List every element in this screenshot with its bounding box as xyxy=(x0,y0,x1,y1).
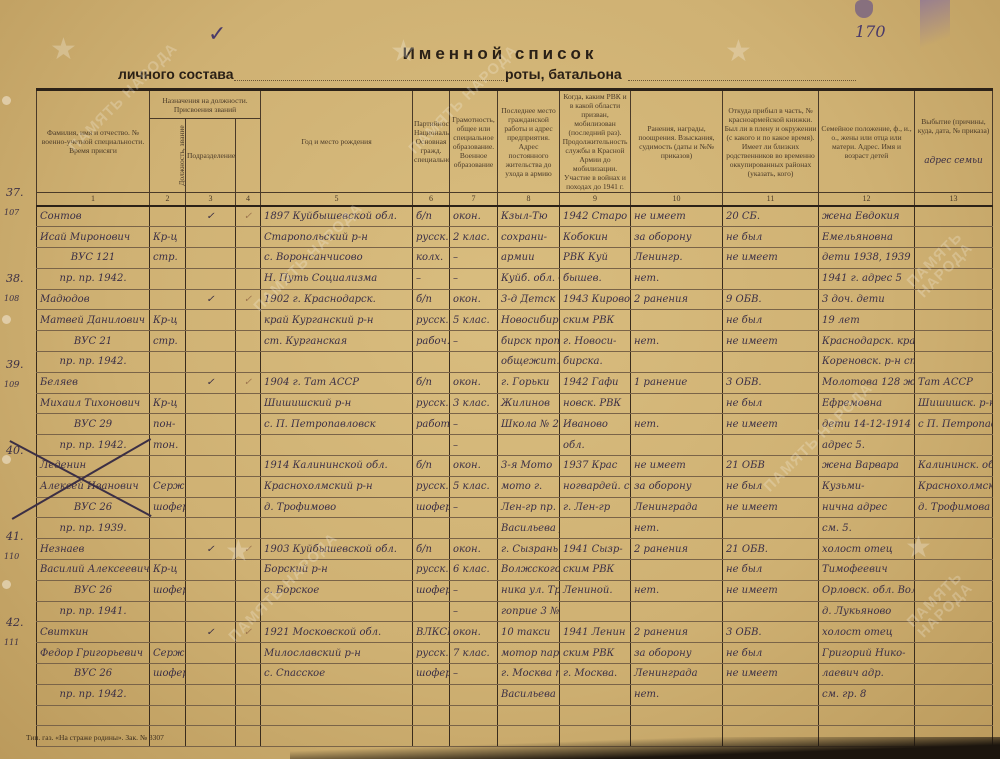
col-number: 2 xyxy=(150,193,186,207)
table-cell xyxy=(819,705,915,726)
table-row: пр. пр. 1939.Васильева ул. № 2нет.см. 5. xyxy=(37,518,993,539)
table-cell: Ленингр. xyxy=(631,248,723,269)
table-cell: с П. Петропавловск xyxy=(915,414,993,435)
table-cell: Ленинграда xyxy=(631,497,723,518)
col-header-wounds-awards: Ранения, награды, поощрения. Взыскания, … xyxy=(631,90,723,193)
table-cell: шофер xyxy=(413,664,450,685)
table-cell xyxy=(413,705,450,726)
table-cell: 1 ранение xyxy=(631,372,723,393)
table-cell xyxy=(450,352,498,373)
table-cell xyxy=(37,705,150,726)
table-cell: не имеет xyxy=(723,414,819,435)
table-cell: 3 ОБВ. xyxy=(723,622,819,643)
table-cell: дети 1938, 1939 xyxy=(819,248,915,269)
checkmark-icon: ✓ xyxy=(186,289,236,310)
table-cell xyxy=(150,518,186,539)
table-cell: жена Евдокия xyxy=(819,206,915,227)
table-cell xyxy=(560,518,631,539)
col-header-subdivision: Подразделение xyxy=(186,119,236,193)
table-cell: 1904 г. Тат АССР xyxy=(261,372,413,393)
checkmark-icon xyxy=(236,248,261,269)
table-cell: не был xyxy=(723,310,819,331)
document-page: ✓ 170 Именной список личного состава рот… xyxy=(0,0,1000,759)
table-cell: окон. xyxy=(450,289,498,310)
table-cell: с. Спасское xyxy=(261,664,413,685)
table-cell: нет. xyxy=(631,580,723,601)
star-watermark-icon: ★ xyxy=(725,34,752,69)
table-cell xyxy=(413,518,450,539)
col-number: 13 xyxy=(915,193,993,207)
table-cell: 1941 Сызр- xyxy=(560,539,631,560)
table-cell: Михаил Тихонович xyxy=(37,393,150,414)
table-cell: пр. пр. 1942. xyxy=(37,435,150,456)
table-cell: нет. xyxy=(631,414,723,435)
col-header-last-work: Последнее место гражданской работы и адр… xyxy=(498,90,560,193)
table-cell: 6 клас. xyxy=(450,560,498,581)
star-watermark-icon: ★ xyxy=(50,32,77,67)
table-cell: Васильева ул. № 2 xyxy=(498,518,560,539)
checkmark-icon xyxy=(236,497,261,518)
table-cell: не имеет xyxy=(723,664,819,685)
table-cell xyxy=(261,705,413,726)
table-cell xyxy=(631,393,723,414)
table-cell: общежит. xyxy=(498,352,560,373)
table-cell: Шишишский р-н xyxy=(261,393,413,414)
col-number: 11 xyxy=(723,193,819,207)
table-cell xyxy=(915,352,993,373)
table-cell: Васильева 5. кв. 1 xyxy=(498,684,560,705)
table-cell: ВУС 21 xyxy=(37,331,150,352)
checkmark-icon: ✓ xyxy=(186,372,236,393)
table-cell xyxy=(915,705,993,726)
table-cell xyxy=(261,601,413,622)
table-cell: Кр-ц xyxy=(150,560,186,581)
table-cell: б/п xyxy=(413,539,450,560)
printer-imprint: Тип. газ. «На страже родины». Зак. № 330… xyxy=(26,733,164,742)
table-cell: за оборону xyxy=(631,476,723,497)
table-cell: стр. xyxy=(150,248,186,269)
table-cell: Кр-ц xyxy=(150,227,186,248)
table-cell xyxy=(498,435,560,456)
table-cell xyxy=(413,435,450,456)
table-cell: с. Воронсанчисово xyxy=(261,248,413,269)
side-number: 109 xyxy=(4,380,19,389)
table-row: ВУС 26шоферд. Трофимовошофер–Лен-гр пр. … xyxy=(37,497,993,518)
table-row: ВУС 26шоферс. Спасскоешофер–г. Москва пр… xyxy=(37,664,993,685)
table-cell: Лен-гр пр. 6-40 № 70 xyxy=(498,497,560,518)
torn-edge xyxy=(290,737,1000,759)
table-cell xyxy=(723,352,819,373)
table-cell: русск. xyxy=(413,643,450,664)
table-cell: 3 ОБВ. xyxy=(723,372,819,393)
table-cell xyxy=(723,705,819,726)
table-cell: д. Трофимово xyxy=(261,497,413,518)
table-cell: окон. xyxy=(450,372,498,393)
table-cell: Ленинграда xyxy=(631,664,723,685)
col-header-birth: Год и место рождения xyxy=(261,90,413,193)
entry-index: 39. xyxy=(6,358,24,371)
table-cell: армии xyxy=(498,248,560,269)
table-cell: б/п xyxy=(413,206,450,227)
checkmark-icon xyxy=(236,268,261,289)
ink-stain xyxy=(855,0,873,18)
table-cell: Куйб. обл. Ста-рополь. р-н с. Вранов. xyxy=(498,268,560,289)
table-cell: 1942 Гафи xyxy=(560,372,631,393)
table-cell: Краснохолмский р-н xyxy=(261,476,413,497)
table-cell: – xyxy=(450,601,498,622)
table-cell xyxy=(150,539,186,560)
table-cell: пр. пр. 1941. xyxy=(37,601,150,622)
table-cell: Кузьми- xyxy=(819,476,915,497)
table-cell: край Курганский р-н xyxy=(261,310,413,331)
table-cell xyxy=(631,435,723,456)
table-cell: за оборону xyxy=(631,227,723,248)
table-cell xyxy=(631,601,723,622)
table-cell: – xyxy=(450,268,498,289)
table-cell: ским РВК xyxy=(560,310,631,331)
side-number: 108 xyxy=(4,294,19,303)
side-number: 107 xyxy=(4,208,19,217)
table-cell xyxy=(631,310,723,331)
table-cell: рабоч. xyxy=(413,331,450,352)
table-cell: сохрани- xyxy=(498,227,560,248)
table-cell: – xyxy=(450,497,498,518)
col-header-departure-label: Выбытие (причины, куда, дата, № приказа) xyxy=(916,117,991,135)
checkmark-icon xyxy=(186,435,236,456)
star-watermark-icon: ★ xyxy=(390,34,417,69)
table-cell: 2 ранения xyxy=(631,622,723,643)
checkmark-icon xyxy=(186,684,236,705)
page-number: 170 xyxy=(855,22,886,41)
table-cell: русск. xyxy=(413,227,450,248)
entry-index: 37. xyxy=(6,186,24,199)
col-header-position: Должность, звание xyxy=(150,119,186,193)
table-cell: 9 ОБВ. xyxy=(723,289,819,310)
table-cell xyxy=(915,310,993,331)
table-row: ВУС 21стр.ст. Курганскаярабоч.–бирск про… xyxy=(37,331,993,352)
table-cell: окон. xyxy=(450,206,498,227)
table-cell: шофер xyxy=(413,580,450,601)
table-cell: – xyxy=(450,331,498,352)
table-cell: г. Горьки xyxy=(498,372,560,393)
checkmark-icon xyxy=(236,393,261,414)
table-cell: гоприе 3 № 5. xyxy=(498,601,560,622)
table-cell: шофер xyxy=(150,664,186,685)
table-cell: – xyxy=(450,248,498,269)
family-address-note: адрес семьи xyxy=(916,157,991,166)
col-header-order-date: Дата, № приказа xyxy=(236,119,261,193)
table-cell: пр. пр. 1942. xyxy=(37,268,150,289)
table-cell: 3-я Мото xyxy=(498,456,560,477)
table-cell: 10 такси xyxy=(498,622,560,643)
table-cell: Милославский р-н xyxy=(261,643,413,664)
checkmark-icon xyxy=(236,227,261,248)
table-cell: мото г. xyxy=(498,476,560,497)
table-cell: 19 лет xyxy=(819,310,915,331)
table-cell: ника ул. Трасс. xyxy=(498,580,560,601)
table-cell: 21 ОБВ. xyxy=(723,539,819,560)
table-cell: – xyxy=(450,435,498,456)
table-cell xyxy=(186,726,236,747)
table-cell: г. Сызрань xyxy=(498,539,560,560)
table-cell: русск. xyxy=(413,310,450,331)
table-cell: ВУС 121 xyxy=(37,248,150,269)
table-cell: 2 ранения xyxy=(631,289,723,310)
col-header-departure: Выбытие (причины, куда, дата, № приказа)… xyxy=(915,90,993,193)
checkmark-icon xyxy=(186,227,236,248)
checkmark-icon xyxy=(236,414,261,435)
table-row: ВУС 121стр.с. Воронсанчисовоколх.–армииР… xyxy=(37,248,993,269)
table-cell: не был xyxy=(723,643,819,664)
table-cell: бышев. xyxy=(560,268,631,289)
table-cell: не имеет xyxy=(723,248,819,269)
table-row: Свиткин✓✓1921 Московской обл.ВЛКСМокон.1… xyxy=(37,622,993,643)
col-number: 5 xyxy=(261,193,413,207)
table-cell xyxy=(413,601,450,622)
table-cell: Тимофеевич xyxy=(819,560,915,581)
table-cell: Новосибирск г. Ново-си- xyxy=(498,310,560,331)
table-cell: русск. xyxy=(413,560,450,581)
table-cell xyxy=(560,601,631,622)
table-cell xyxy=(236,705,261,726)
table-cell: Жилинов xyxy=(498,393,560,414)
table-cell: не был xyxy=(723,227,819,248)
table-cell xyxy=(186,705,236,726)
table-cell xyxy=(150,601,186,622)
table-cell: – xyxy=(413,268,450,289)
table-cell: ским РВК xyxy=(560,643,631,664)
table-cell: русск. xyxy=(413,476,450,497)
table-cell: 3 клас. xyxy=(450,393,498,414)
table-cell: ВУС 29 xyxy=(37,414,150,435)
col-header-arrival: Откуда прибыл в часть, № красноармейской… xyxy=(723,90,819,193)
table-cell: Незнаев xyxy=(37,539,150,560)
table-cell: – xyxy=(450,414,498,435)
table-cell xyxy=(150,268,186,289)
table-cell: адрес 5. xyxy=(819,435,915,456)
table-cell: Кзыл-Тю xyxy=(498,206,560,227)
binder-hole xyxy=(2,315,11,324)
table-cell: Иваново xyxy=(560,414,631,435)
col-number: 10 xyxy=(631,193,723,207)
table-cell: 3-д Детск xyxy=(498,289,560,310)
col-number: 4 xyxy=(236,193,261,207)
entry-index: 41. xyxy=(6,530,24,543)
table-cell xyxy=(723,518,819,539)
table-cell: ВУС 26 xyxy=(37,497,150,518)
table-cell: 5 клас. xyxy=(450,310,498,331)
col-number: 6 xyxy=(413,193,450,207)
table-cell xyxy=(723,268,819,289)
table-cell: холост отец xyxy=(819,539,915,560)
col-number: 12 xyxy=(819,193,915,207)
table-cell xyxy=(560,684,631,705)
table-cell xyxy=(631,352,723,373)
table-cell xyxy=(236,726,261,747)
checkmark-icon xyxy=(186,310,236,331)
binder-hole xyxy=(2,580,11,589)
table-cell: лаевич адр. xyxy=(819,664,915,685)
table-row-empty xyxy=(37,705,993,726)
checkmark-icon xyxy=(236,664,261,685)
subtitle-company-battalion: роты, батальона xyxy=(505,66,622,82)
table-cell xyxy=(261,684,413,705)
table-cell: 1941 Ленин xyxy=(560,622,631,643)
table-row: пр. пр. 1942.Н. Путь Социализма––Куйб. о… xyxy=(37,268,993,289)
table-cell: ВУС 26 xyxy=(37,664,150,685)
table-cell: 2 клас. xyxy=(450,227,498,248)
table-cell xyxy=(723,601,819,622)
star-watermark-icon: ★ xyxy=(225,534,252,569)
table-row: Мадюдов✓✓1902 г. Краснодарск.б/покон.3-д… xyxy=(37,289,993,310)
checkmark-icon xyxy=(186,456,236,477)
table-cell: нет. xyxy=(631,518,723,539)
table-cell: б/п xyxy=(413,372,450,393)
table-row: Леденин1914 Калининской обл.б/покон.3-я … xyxy=(37,456,993,477)
table-cell: шофер xyxy=(150,580,186,601)
checkmark-icon xyxy=(186,414,236,435)
table-cell: 1937 Крас xyxy=(560,456,631,477)
table-cell: работ. xyxy=(413,414,450,435)
table-cell: Калининск. обл. xyxy=(915,456,993,477)
table-cell: пр. пр. 1942. xyxy=(37,684,150,705)
checkmark-icon xyxy=(186,268,236,289)
table-cell: не имеет xyxy=(631,206,723,227)
table-cell: колх. xyxy=(413,248,450,269)
table-cell: бирска. xyxy=(560,352,631,373)
table-cell xyxy=(631,705,723,726)
col-number: 8 xyxy=(498,193,560,207)
table-cell: 7 клас. xyxy=(450,643,498,664)
entry-index: 38. xyxy=(6,272,24,285)
table-cell: – xyxy=(450,664,498,685)
table-cell: нет. xyxy=(631,268,723,289)
checkmark-icon xyxy=(186,580,236,601)
table-cell: русск. xyxy=(413,393,450,414)
table-cell xyxy=(915,643,993,664)
table-cell: нична адрес xyxy=(819,497,915,518)
table-cell: Федор Григорьевич xyxy=(37,643,150,664)
table-cell xyxy=(915,435,993,456)
table-cell: ногвардей. ским РВК xyxy=(560,476,631,497)
table-cell: нет. xyxy=(631,684,723,705)
table-cell xyxy=(560,705,631,726)
table-cell: б/п xyxy=(413,289,450,310)
table-cell xyxy=(150,684,186,705)
checkmark-icon xyxy=(236,352,261,373)
table-cell xyxy=(150,622,186,643)
col-number: 1 xyxy=(37,193,150,207)
table-cell: ВЛКСМ xyxy=(413,622,450,643)
table-cell: Емельяновна xyxy=(819,227,915,248)
star-watermark-icon: ★ xyxy=(905,530,932,565)
table-cell: Кобокин xyxy=(560,227,631,248)
table-row: Сонтов✓✓1897 Куйбышевской обл.б/покон.Кз… xyxy=(37,206,993,227)
table-cell: РВК Куй xyxy=(560,248,631,269)
table-cell: пон- xyxy=(150,414,186,435)
table-cell: 20 СБ. xyxy=(723,206,819,227)
table-cell xyxy=(261,435,413,456)
checkmark-icon xyxy=(236,331,261,352)
table-row: пр. пр. 1942.тон.–обл.адрес 5. xyxy=(37,435,993,456)
table-cell: новск. РВК xyxy=(560,393,631,414)
table-cell: шофер xyxy=(413,497,450,518)
checkmark-icon xyxy=(236,310,261,331)
checkmark-icon: ✓ xyxy=(236,372,261,393)
table-cell: тон. xyxy=(150,435,186,456)
table-row: Незнаев✓✓1903 Куйбышевской обл.б/покон.г… xyxy=(37,539,993,560)
table-cell: г. Лен-гр xyxy=(560,497,631,518)
table-cell: Василий Алексеевич xyxy=(37,560,150,581)
table-cell xyxy=(261,518,413,539)
table-cell: Исай Миронович xyxy=(37,227,150,248)
table-cell: Леденин xyxy=(37,456,150,477)
col-header-conscription: Когда, каким РВК и в какой области призв… xyxy=(560,90,631,193)
table-cell: нет. xyxy=(631,331,723,352)
table-cell: не был xyxy=(723,393,819,414)
table-cell xyxy=(450,684,498,705)
checkmark-icon xyxy=(236,684,261,705)
table-cell xyxy=(915,684,993,705)
table-cell xyxy=(723,684,819,705)
col-header-name: Фамилия, имя и отчество. № военно-учетно… xyxy=(37,90,150,193)
col-number: 7 xyxy=(450,193,498,207)
checkmark-icon xyxy=(186,497,236,518)
entry-index: 42. xyxy=(6,616,24,629)
table-cell: – xyxy=(450,580,498,601)
table-cell: Шишишск. р-н xyxy=(915,393,993,414)
checkmark-icon: ✓ xyxy=(186,206,236,227)
checkmark-icon xyxy=(186,664,236,685)
table-row: пр. пр. 1942.Васильева 5. кв. 1нет.см. г… xyxy=(37,684,993,705)
table-cell xyxy=(413,352,450,373)
col-number: 9 xyxy=(560,193,631,207)
table-cell: 1914 Калининской обл. xyxy=(261,456,413,477)
table-row: пр. пр. 1941.–гоприе 3 № 5.д. Лукьяново xyxy=(37,601,993,622)
table-row: Федор ГригорьевичСерж.Милославский р-нру… xyxy=(37,643,993,664)
table-row: Василий АлексеевичКр-цБорский р-нрусск.6… xyxy=(37,560,993,581)
table-cell: Кореновск. р-н ст. Васюринская xyxy=(819,352,915,373)
checkmark-icon xyxy=(186,248,236,269)
ink-stain xyxy=(920,0,950,50)
table-cell: Тат АССР xyxy=(915,372,993,393)
col-group-header-appointments: Назначения на должности. Присвоения зван… xyxy=(150,90,261,119)
table-cell: с. П. Петропавловск xyxy=(261,414,413,435)
table-cell: г. Новоси- xyxy=(560,331,631,352)
table-row: ВУС 26шоферс. Борскоешофер–ника ул. Трас… xyxy=(37,580,993,601)
checkmark-icon xyxy=(236,435,261,456)
table-cell: Серж. xyxy=(150,643,186,664)
checkmark-icon xyxy=(186,601,236,622)
table-cell: окон. xyxy=(450,456,498,477)
checkmark-icon: ✓ xyxy=(236,206,261,227)
table-cell xyxy=(261,352,413,373)
checkmark-icon xyxy=(186,393,236,414)
table-cell: г. Москва пр. Выпр. xyxy=(498,664,560,685)
table-cell: см. гр. 8 xyxy=(819,684,915,705)
table-cell xyxy=(150,352,186,373)
table-cell: бирск прописк. xyxy=(498,331,560,352)
table-cell xyxy=(498,705,560,726)
table-cell: жена Варвара xyxy=(819,456,915,477)
checkmark-icon xyxy=(186,643,236,664)
table-cell: 2 ранения xyxy=(631,539,723,560)
checkmark-icon xyxy=(236,476,261,497)
table-cell xyxy=(915,664,993,685)
table-cell: за оборону xyxy=(631,643,723,664)
table-cell: Беляев xyxy=(37,372,150,393)
table-cell: не имеет xyxy=(723,580,819,601)
